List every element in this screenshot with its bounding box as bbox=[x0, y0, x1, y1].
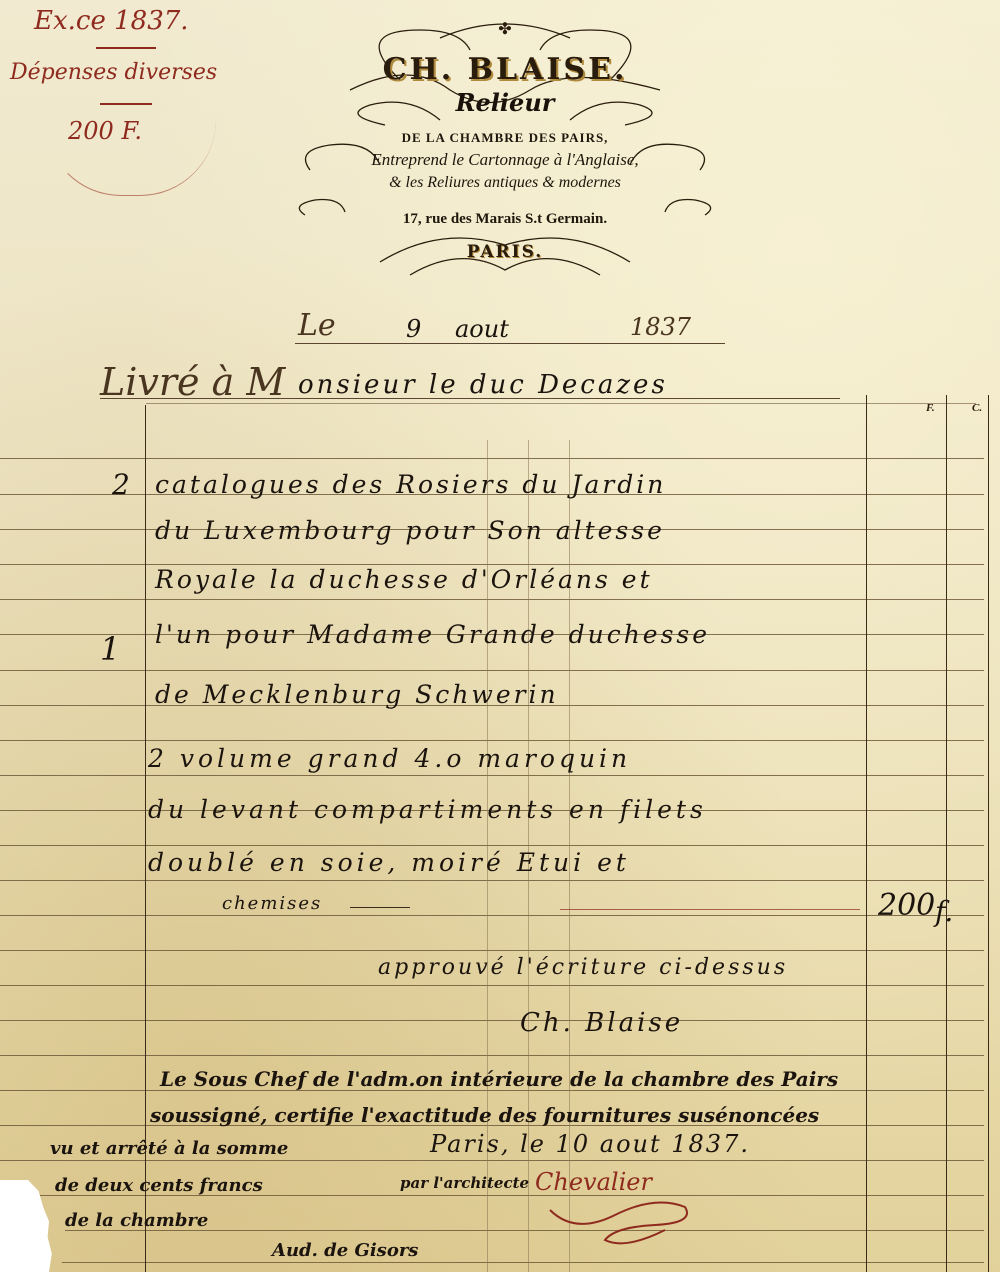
ruled-line bbox=[0, 775, 984, 776]
recipient-underline bbox=[100, 398, 840, 399]
letterhead: ✤ CH. BLAISE. Relieur DE LA CHAMBRE DES … bbox=[290, 0, 720, 280]
certification-bottom-signature: Aud. de Gisors bbox=[272, 1240, 418, 1261]
margin-note-category: Dépenses diverses bbox=[10, 60, 217, 85]
svg-text:✤: ✤ bbox=[498, 19, 511, 38]
item-line: 2 volume grand 4.o maroquin bbox=[148, 744, 631, 773]
centimes-column-header: C. bbox=[972, 402, 982, 414]
total-unit: f. bbox=[935, 895, 953, 928]
item-line: Royale la duchesse d'Orléans et bbox=[155, 565, 653, 594]
margin-note-exercise: Ex.ce 1837. bbox=[34, 6, 189, 36]
business-affiliation: DE LA CHAMBRE DES PAIRS, bbox=[290, 130, 720, 146]
ruled-line bbox=[0, 985, 984, 986]
recipient-name: onsieur le duc Decazes bbox=[298, 370, 668, 400]
business-city: PARIS. bbox=[290, 242, 720, 262]
business-services-line1: Entreprend le Cartonnage à l'Anglaise, bbox=[290, 150, 720, 170]
item-line: chemises bbox=[222, 893, 322, 914]
certification-line4: de deux cents francs bbox=[55, 1175, 263, 1196]
item-line: de Mecklenburg Schwerin bbox=[155, 680, 559, 709]
business-trade: Relieur bbox=[290, 88, 720, 117]
approval-signature: Ch. Blaise bbox=[520, 1008, 683, 1038]
francs-column-line bbox=[946, 395, 947, 1272]
centimes-column-line bbox=[988, 395, 989, 1272]
ruled-line bbox=[62, 1262, 984, 1263]
ruled-line bbox=[0, 599, 984, 600]
date-prefix: Le bbox=[298, 308, 336, 343]
business-services-line2: & les Reliures antiques & modernes bbox=[290, 174, 720, 192]
certification-place-date: Paris, le 10 aout 1837. bbox=[430, 1130, 750, 1158]
ruled-line bbox=[0, 880, 984, 881]
ruled-line bbox=[0, 845, 984, 846]
item-line-filler bbox=[350, 907, 410, 908]
ruled-line bbox=[0, 950, 984, 951]
item-line: doublé en soie, moiré Etui et bbox=[148, 848, 630, 877]
red-signature-flourish-icon bbox=[545, 1195, 695, 1250]
date-underline bbox=[295, 343, 725, 344]
approval-text: approuvé l'écriture ci-dessus bbox=[378, 955, 788, 980]
item-line: catalogues des Rosiers du Jardin bbox=[155, 470, 666, 499]
certification-line2: soussigné, certifie l'exactitude des fou… bbox=[150, 1103, 819, 1127]
item-line: l'un pour Madame Grande duchesse bbox=[155, 620, 710, 649]
ruled-line bbox=[0, 1160, 984, 1161]
business-name: CH. BLAISE. bbox=[290, 52, 720, 87]
ruled-line bbox=[0, 1020, 984, 1021]
amount-column-line bbox=[866, 395, 867, 1272]
business-address: 17, rue des Marais S.t Germain. bbox=[290, 211, 720, 228]
margin-note-underline bbox=[100, 103, 152, 105]
item-quantity: 2 bbox=[112, 468, 130, 501]
certification-line3: vu et arrêté à la somme bbox=[50, 1138, 288, 1159]
ruled-line bbox=[0, 458, 984, 459]
date-month: aout bbox=[455, 315, 509, 343]
ruled-line bbox=[0, 1055, 984, 1056]
date-year: 1837 bbox=[630, 313, 691, 341]
certification-line5: de la chambre bbox=[65, 1210, 208, 1231]
item-quantity: 1 bbox=[100, 630, 120, 668]
item-line: du Luxembourg pour Son altesse bbox=[155, 516, 665, 545]
item-line: du levant compartiments en filets bbox=[148, 795, 707, 824]
item-line-filler bbox=[560, 909, 860, 910]
ruled-line bbox=[0, 670, 984, 671]
margin-note-underline bbox=[96, 47, 156, 49]
total-amount: 200 bbox=[878, 888, 935, 923]
francs-column-header: F. bbox=[926, 402, 935, 414]
certification-line1: Le Sous Chef de l'adm.on intérieure de l… bbox=[160, 1067, 838, 1091]
ruled-line bbox=[0, 915, 984, 916]
date-day: 9 bbox=[406, 315, 421, 343]
certification-red-signature: Chevalier bbox=[535, 1168, 652, 1196]
certification-line4b: par l'architecte bbox=[400, 1174, 529, 1192]
ruled-line bbox=[0, 740, 984, 741]
